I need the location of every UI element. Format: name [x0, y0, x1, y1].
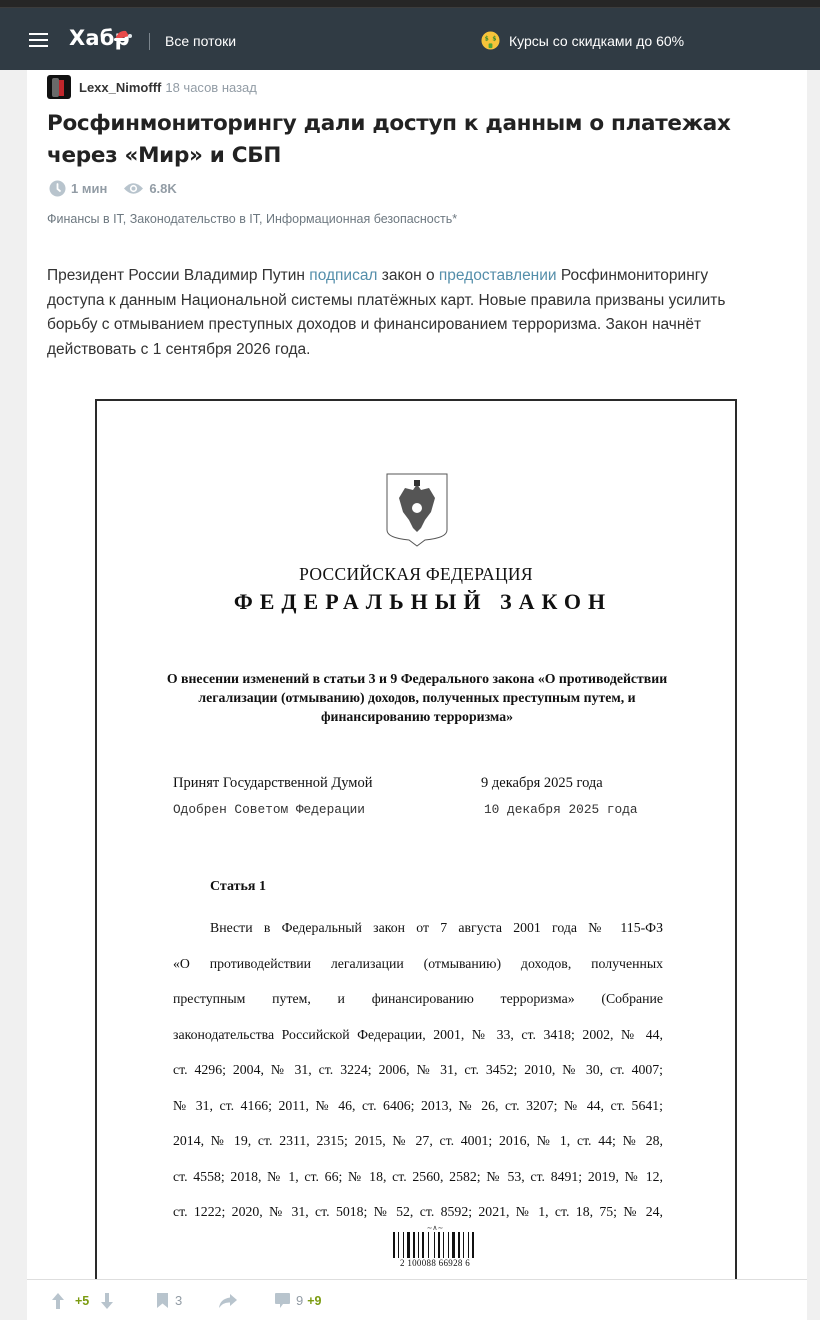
downvote-button[interactable] — [100, 1280, 114, 1320]
doc-line: преступным путем, и финансированию терро… — [173, 981, 663, 1017]
views: 6.8K — [123, 181, 176, 196]
author-meta: Lexx_Nimofff 18 часов назад — [47, 75, 257, 99]
doc-country: РОССИЙСКАЯ ФЕДЕРАЦИЯ — [97, 564, 735, 585]
post-time: 18 часов назад — [165, 80, 257, 95]
doc-line: ст. 4558; 2018, № 1, ст. 66; № 18, ст. 2… — [173, 1159, 663, 1195]
hub-link[interactable]: Законодательство в IT — [130, 212, 259, 226]
arrow-down-icon — [100, 1292, 114, 1310]
hub-link[interactable]: Информационная безопасность* — [266, 212, 457, 226]
doc-body: Внести в Федеральный закон от 7 августа … — [173, 910, 663, 1230]
doc-approved-date: 10 декабря 2025 года — [484, 802, 638, 817]
clock-icon — [49, 180, 66, 197]
bookmark-button[interactable]: 3 — [156, 1280, 182, 1320]
bookmark-icon — [156, 1292, 169, 1309]
comments-count: 9 — [296, 1293, 303, 1308]
rating: +5 — [75, 1280, 89, 1320]
signed-link[interactable]: подписал — [309, 267, 377, 284]
article-lead: Президент России Владимир Путин подписал… — [47, 264, 767, 362]
barcode-number: 2 100088 66928 6 — [393, 1258, 477, 1268]
barcode-bars — [393, 1232, 477, 1258]
menu-icon[interactable] — [29, 32, 48, 48]
doc-line: законодательства Российской Федерации, 2… — [173, 1017, 663, 1053]
share-icon — [218, 1293, 238, 1309]
article-actions-bar: +5 3 9 +9 — [27, 1279, 807, 1320]
rating-value: +5 — [75, 1294, 89, 1308]
comment-icon — [274, 1292, 291, 1309]
provision-link[interactable]: предоставлении — [439, 267, 557, 284]
article-card: Lexx_Nimofff 18 часов назад Росфинмонито… — [27, 70, 807, 1320]
share-button[interactable] — [218, 1280, 238, 1320]
author-name[interactable]: Lexx_Nimofff — [79, 80, 161, 95]
doc-adopted-label: Принят Государственной Думой — [173, 775, 373, 792]
doc-line: «О противодействии легализации (отмывани… — [173, 946, 663, 982]
all-flows-link[interactable]: Все потоки — [165, 33, 236, 49]
new-comments-count: +9 — [307, 1294, 321, 1308]
doc-line: ст. 4296; 2004, № 31, ст. 3224; 2006, № … — [173, 1052, 663, 1088]
doc-subject: О внесении изменений в статьи 3 и 9 Феде… — [157, 669, 677, 726]
money-mouth-face-icon: $ $ — [481, 31, 500, 50]
browser-top-strip — [0, 0, 820, 8]
reading-time: 1 мин — [49, 180, 107, 197]
coat-of-arms-icon — [385, 472, 449, 547]
promo-link[interactable]: $ $ Курсы со скидками до 60% — [481, 31, 684, 50]
doc-kind: ФЕДЕРАЛЬНЫЙ ЗАКОН — [97, 589, 735, 615]
svg-text:$: $ — [485, 37, 489, 43]
svg-text:$: $ — [492, 37, 496, 43]
habr-logo[interactable]: Хабр — [69, 26, 130, 54]
barcode: ∼∧∼ 2 100088 66928 6 — [393, 1224, 477, 1268]
law-document-image[interactable]: РОССИЙСКАЯ ФЕДЕРАЦИЯ ФЕДЕРАЛЬНЫЙ ЗАКОН О… — [95, 399, 737, 1289]
hubs-list: Финансы в IT, Законодательство в IT, Инф… — [47, 212, 457, 226]
santa-hat-icon — [114, 28, 132, 42]
doc-line: 2014, № 19, ст. 2311, 2315; 2015, № 27, … — [173, 1123, 663, 1159]
reading-time-value: 1 мин — [71, 181, 107, 196]
doc-adopted-date: 9 декабря 2025 года — [481, 775, 603, 792]
upvote-button[interactable] — [51, 1280, 65, 1320]
arrow-up-icon — [51, 1292, 65, 1310]
promo-text: Курсы со скидками до 60% — [509, 33, 684, 49]
doc-line: Внести в Федеральный закон от 7 августа … — [173, 910, 663, 946]
bookmarks-count: 3 — [175, 1293, 182, 1308]
eye-icon — [123, 181, 144, 196]
hub-link[interactable]: Финансы в IT — [47, 212, 123, 226]
doc-article-title: Статья 1 — [210, 879, 266, 895]
comments-button[interactable]: 9 +9 — [274, 1280, 322, 1320]
views-value: 6.8K — [149, 181, 176, 196]
header-divider — [149, 33, 150, 50]
author-avatar[interactable] — [47, 75, 71, 99]
article-stats: 1 мин 6.8K — [49, 180, 193, 197]
site-header: Хабр Все потоки $ $ Курсы со скидками до… — [0, 8, 820, 70]
doc-approved-label: Одобрен Советом Федерации — [173, 802, 365, 817]
article-title[interactable]: Росфинмониторингу дали доступ к данным о… — [47, 108, 767, 172]
doc-line: № 31, ст. 4166; 2011, № 46, ст. 6406; 20… — [173, 1088, 663, 1124]
